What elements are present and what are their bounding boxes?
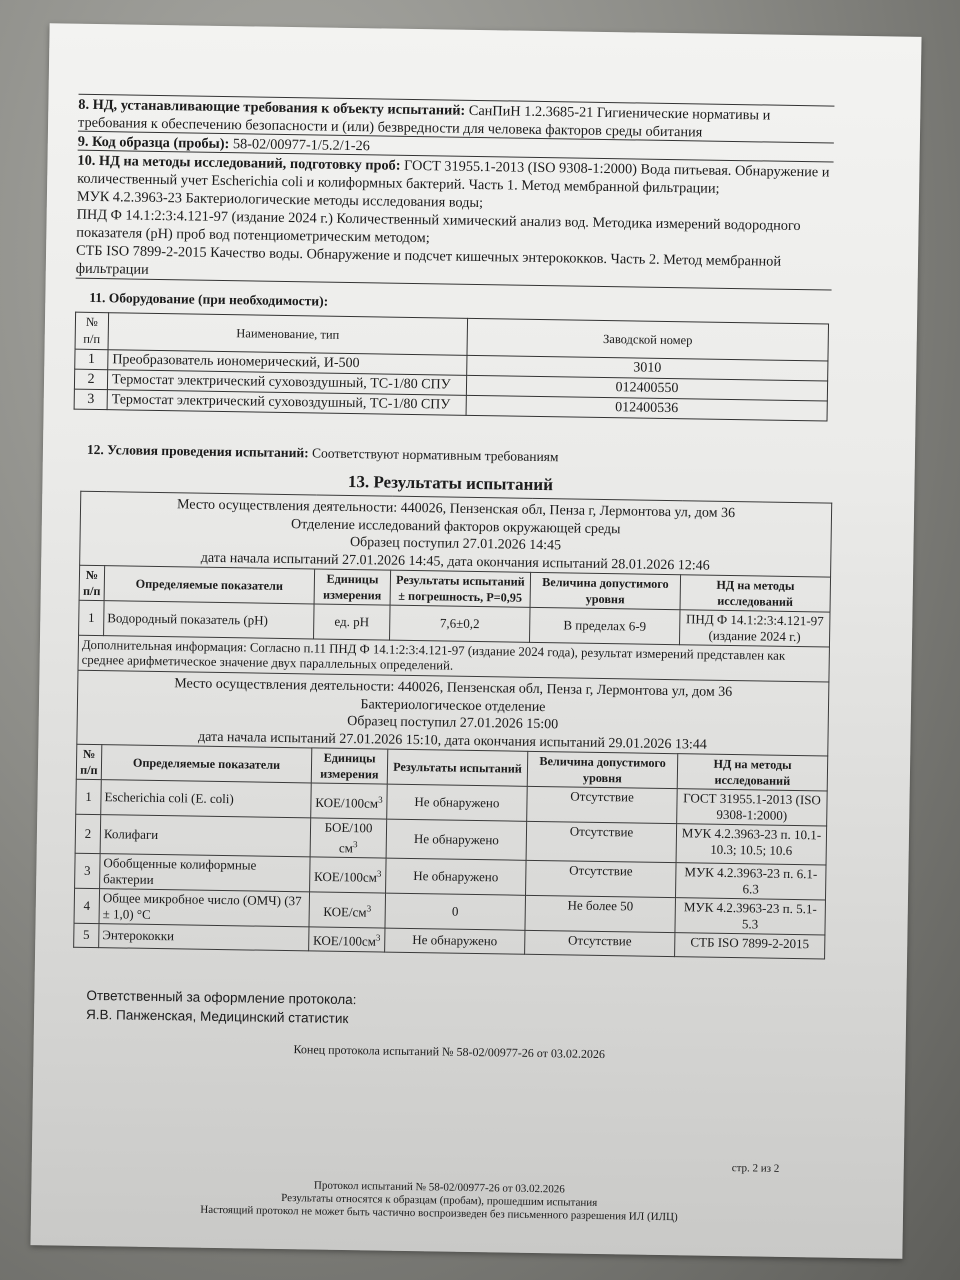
page-footer: Протокол испытаний № 58-02/00977-26 от 0… [61, 1176, 818, 1227]
paper-sheet: 8. НД, устанавливающие требования к объе… [30, 23, 921, 1259]
section-12: 12. Условия проведения испытаний: Соотве… [87, 442, 559, 465]
cell-limit: Отсутствие [526, 821, 677, 863]
page-number: стр. 2 из 2 [732, 1162, 780, 1175]
cell-method: МУК 4.2.3963-23 п. 10.1-10.3; 10.5; 10.6 [676, 824, 827, 866]
section-11-title: 11. Оборудование (при необходимости): [89, 290, 328, 310]
column-header: № п/п [79, 565, 105, 600]
unit-text: КОЕ/100см [314, 869, 377, 885]
column-header: № п/п [75, 312, 109, 350]
cell-method: СТБ ISO 7899-2-2015 [675, 933, 825, 959]
cell-result: 0 [385, 893, 526, 930]
column-header: Определяемые показатели [101, 745, 312, 783]
column-header: Величина допустимого уровня [530, 572, 681, 609]
equipment-table: № п/п Наименование, тип Заводской номер … [74, 312, 829, 422]
section-10: 10. НД на методы исследований, подготовк… [76, 150, 834, 291]
cell-method: ГОСТ 31955.1-2013 (ISO 9308-1:2000) [677, 789, 828, 826]
cell-result: Не обнаружено [387, 784, 528, 821]
cell-unit: БОЕ/100 см3 [310, 818, 387, 859]
document-content: 8. НД, устанавливающие требования к объе… [80, 24, 836, 36]
cell-num: 2 [75, 814, 101, 854]
cell-serial: 012400536 [466, 395, 827, 421]
cell-indicator: Водородный показатель (pH) [104, 601, 315, 639]
cell-unit: КОЕ/см3 [309, 892, 386, 928]
column-header: НД на методы исследований [677, 754, 828, 791]
unit-exponent: 3 [378, 794, 383, 804]
cell-num: 4 [74, 889, 100, 924]
cell-result: Не обнаружено [386, 819, 527, 861]
cell-unit: ед. pH [314, 604, 391, 640]
cell-limit: Отсутствие [526, 861, 677, 898]
cell-limit: Не более 50 [525, 896, 676, 933]
unit-exponent: 3 [376, 933, 381, 943]
section-12-label: 12. Условия проведения испытаний: [87, 442, 309, 460]
cell-num: 1 [75, 349, 108, 370]
column-header: Величина допустимого уровня [527, 751, 678, 788]
cell-num: 1 [76, 779, 102, 814]
cell-limit: Отсутствие [527, 786, 678, 823]
results-table: Место осуществления деятельности: 440026… [73, 491, 832, 959]
block-1-header: Место осуществления деятельности: 440026… [80, 491, 832, 577]
unit-text: КОЕ/100см [313, 933, 376, 949]
cell-indicator: Энтерококки [99, 924, 309, 951]
cell-num: 2 [74, 369, 107, 390]
column-header: Наименование, тип [108, 313, 468, 356]
column-header: Единицы измерения [314, 569, 391, 605]
cell-indicator: Общее микробное число (ОМЧ) (37 ± 1,0) °… [99, 889, 310, 927]
cell-limit: В пределах 6-9 [529, 607, 680, 644]
cell-method: ПНД Ф 14.1:2:3:4.121-97 (издание 2024 г.… [679, 610, 830, 647]
column-header: Результаты испытаний ± погрешность, Р=0,… [390, 570, 531, 607]
cell-unit: КОЕ/100см3 [309, 927, 385, 952]
unit-exponent: 3 [377, 869, 382, 879]
unit-exponent: 3 [367, 903, 372, 913]
cell-num: 3 [74, 389, 107, 410]
cell-unit: КОЕ/100см3 [311, 783, 388, 819]
responsible-name: Я.В. Панженская, Медицинский статистик [86, 1005, 356, 1028]
cell-indicator: Колифаги [100, 815, 311, 858]
column-header: Заводской номер [467, 318, 829, 361]
cell-num: 3 [75, 854, 101, 889]
cell-name: Термостат электрический суховоздушный, Т… [107, 390, 466, 416]
cell-indicator: Обобщенные колиформные бактерии [100, 854, 311, 892]
column-header: Определяемые показатели [104, 566, 315, 604]
cell-result: Не обнаружено [386, 858, 527, 895]
cell-result: 7,6±0,2 [390, 605, 531, 642]
cell-indicator: Escherichia coli (E. coli) [101, 780, 312, 818]
cell-method: МУК 4.2.3963-23 п. 5.1-5.3 [675, 898, 826, 935]
cell-unit: КОЕ/100см3 [310, 857, 387, 893]
cell-num: 5 [74, 924, 99, 948]
column-header: Единицы измерения [311, 748, 388, 784]
cell-result: Не обнаружено [385, 928, 525, 954]
unit-text: КОЕ/100см [315, 795, 378, 811]
cell-limit: Отсутствие [525, 931, 675, 957]
column-header: № п/п [76, 744, 102, 779]
responsible-block: Ответственный за оформление протокола: Я… [86, 986, 357, 1028]
cell-num: 1 [79, 600, 105, 635]
section-12-text: Соответствуют нормативным требованиям [312, 445, 559, 464]
unit-text: КОЕ/см [323, 904, 367, 920]
column-header: НД на методы исследований [680, 575, 831, 612]
unit-text: БОЕ/100 см [325, 820, 373, 856]
block-2-header: Место осуществления деятельности: 440026… [77, 670, 829, 756]
end-of-protocol: Конец протокола испытаний № 58-02/00977-… [293, 1042, 605, 1062]
column-header: Результаты испытаний [387, 749, 528, 786]
cell-method: МУК 4.2.3963-23 п. 6.1-6.3 [675, 863, 826, 900]
unit-exponent: 3 [353, 839, 358, 849]
